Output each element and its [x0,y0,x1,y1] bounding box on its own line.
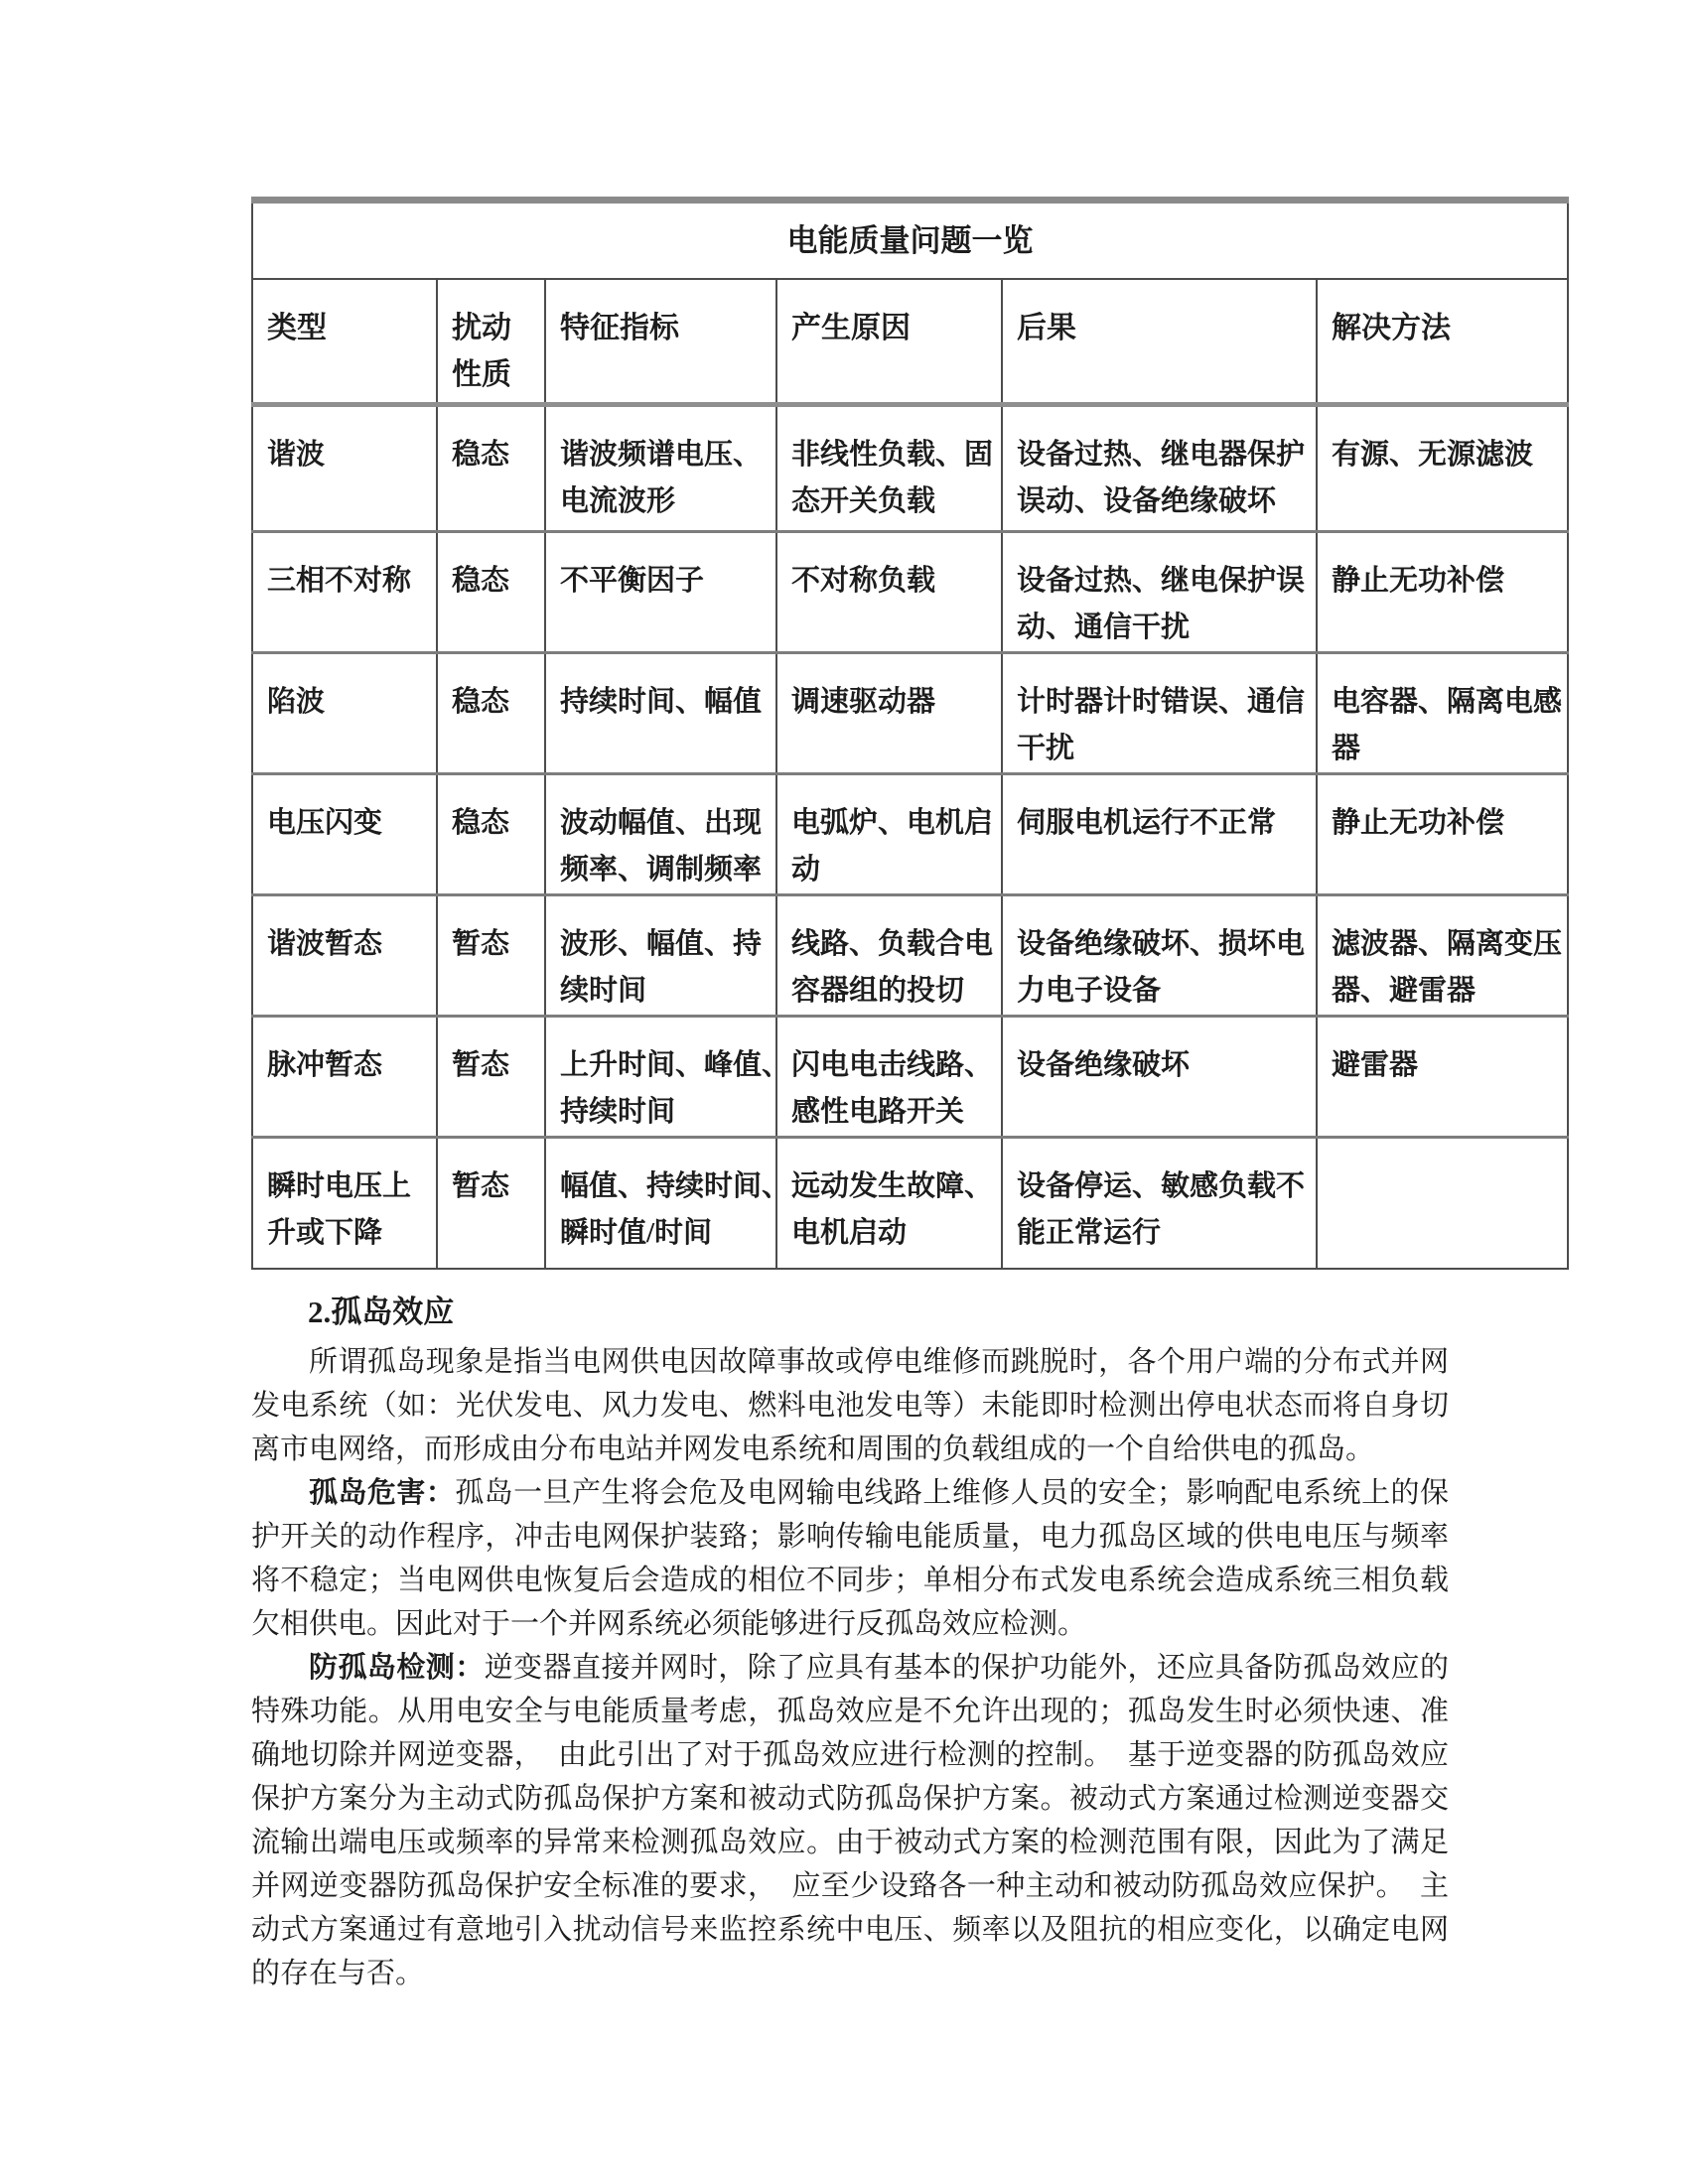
paragraph-lead: 孤岛危害： [309,1477,455,1509]
table-row: 陷波 稳态 持续时间、幅值 调速驱动器 计时器计时错误、通信 干扰 电容器、隔离… [252,653,1568,774]
table-header-cell: 类型 [252,279,437,405]
table-cell: 设备绝缘破坏 [1002,1017,1317,1138]
table-cell: 设备绝缘破坏、损坏电 力电子设备 [1002,895,1317,1017]
table-cell: 电弧炉、电机启 动 [776,774,1002,895]
table-cell: 波动幅值、出现 频率、调制频率 [545,774,776,895]
table-cell: 暂态 [437,1017,545,1138]
table-row: 电压闪变 稳态 波动幅值、出现 频率、调制频率 电弧炉、电机启 动 伺服电机运行… [252,774,1568,895]
table-cell [1317,1138,1568,1269]
table-cell: 有源、无源滤波 [1317,405,1568,532]
table-row: 谐波 稳态 谐波频谱电压、 电流波形 非线性负载、固 态开关负载 设备过热、继电… [252,405,1568,532]
table-cell: 谐波暂态 [252,895,437,1017]
table-title-row: 电能质量问题一览 [252,201,1568,279]
paragraph-text: 逆变器直接并网时，除了应具有基本的保护功能外，还应具备防孤岛效应的特殊功能。从用… [251,1652,1449,1989]
table-row: 脉冲暂态 暂态 上升时间、峰值、 持续时间 闪电电击线路、 感性电路开关 设备绝… [252,1017,1568,1138]
table-cell: 陷波 [252,653,437,774]
document-page: 电能质量问题一览 类型 扰动 性质 特征指标 产生原因 后果 解决方法 谐波 稳… [0,0,1688,2184]
table-cell: 不平衡因子 [545,532,776,653]
table-cell: 避雷器 [1317,1017,1568,1138]
paragraph-lead: 防孤岛检测： [309,1652,485,1684]
table-header-row: 类型 扰动 性质 特征指标 产生原因 后果 解决方法 [252,279,1568,405]
table-cell: 线路、负载合电 容器组的投切 [776,895,1002,1017]
table-cell: 计时器计时错误、通信 干扰 [1002,653,1317,774]
table-cell: 谐波频谱电压、 电流波形 [545,405,776,532]
power-quality-table: 电能质量问题一览 类型 扰动 性质 特征指标 产生原因 后果 解决方法 谐波 稳… [251,197,1569,1270]
table-cell: 稳态 [437,774,545,895]
table-cell: 远动发生故障、 电机启动 [776,1138,1002,1269]
table-cell: 静止无功补偿 [1317,774,1568,895]
table-cell: 设备过热、继电器保护 误动、设备绝缘破坏 [1002,405,1317,532]
table-cell: 瞬时电压上 升或下降 [252,1138,437,1269]
table-header-cell: 解决方法 [1317,279,1568,405]
table-cell: 非线性负载、固 态开关负载 [776,405,1002,532]
table-header-cell: 扰动 性质 [437,279,545,405]
table-header-cell: 后果 [1002,279,1317,405]
paragraph: 孤岛危害：孤岛一旦产生将会危及电网输电线路上维修人员的安全；影响配电系统上的保护… [251,1471,1449,1646]
table-cell: 暂态 [437,1138,545,1269]
table-cell: 波形、幅值、持 续时间 [545,895,776,1017]
table-cell: 闪电电击线路、 感性电路开关 [776,1017,1002,1138]
table-cell: 不对称负载 [776,532,1002,653]
table-cell: 持续时间、幅值 [545,653,776,774]
table-cell: 伺服电机运行不正常 [1002,774,1317,895]
table-cell: 稳态 [437,653,545,774]
table-row: 谐波暂态 暂态 波形、幅值、持 续时间 线路、负载合电 容器组的投切 设备绝缘破… [252,895,1568,1017]
table-cell: 静止无功补偿 [1317,532,1568,653]
table-header-cell: 产生原因 [776,279,1002,405]
table-cell: 谐波 [252,405,437,532]
table-cell: 暂态 [437,895,545,1017]
paragraph: 防孤岛检测：逆变器直接并网时，除了应具有基本的保护功能外，还应具备防孤岛效应的特… [251,1646,1449,1995]
table-cell: 电容器、隔离电感 器 [1317,653,1568,774]
table-cell: 设备停运、敏感负载不 能正常运行 [1002,1138,1317,1269]
paragraph: 所谓孤岛现象是指当电网供电因故障事故或停电维修而跳脱时，各个用户端的分布式并网发… [251,1340,1449,1471]
table-cell: 设备过热、继电保护误 动、通信干扰 [1002,532,1317,653]
table-cell: 三相不对称 [252,532,437,653]
table-cell: 上升时间、峰值、 持续时间 [545,1017,776,1138]
table-title: 电能质量问题一览 [252,201,1568,279]
table-cell: 稳态 [437,405,545,532]
table-cell: 调速驱动器 [776,653,1002,774]
paragraph-text: 所谓孤岛现象是指当电网供电因故障事故或停电维修而跳脱时，各个用户端的分布式并网发… [251,1346,1449,1465]
section-islanding: 2.孤岛效应 所谓孤岛现象是指当电网供电因故障事故或停电维修而跳脱时，各个用户端… [251,1291,1449,1995]
table-cell: 脉冲暂态 [252,1017,437,1138]
table-cell: 滤波器、隔离变压 器、避雷器 [1317,895,1568,1017]
table-cell: 电压闪变 [252,774,437,895]
table-row: 瞬时电压上 升或下降 暂态 幅值、持续时间、 瞬时值/时间 远动发生故障、 电机… [252,1138,1568,1269]
table-row: 三相不对称 稳态 不平衡因子 不对称负载 设备过热、继电保护误 动、通信干扰 静… [252,532,1568,653]
section-heading: 2.孤岛效应 [251,1291,1449,1334]
table-cell: 稳态 [437,532,545,653]
table-cell: 幅值、持续时间、 瞬时值/时间 [545,1138,776,1269]
table-header-cell: 特征指标 [545,279,776,405]
